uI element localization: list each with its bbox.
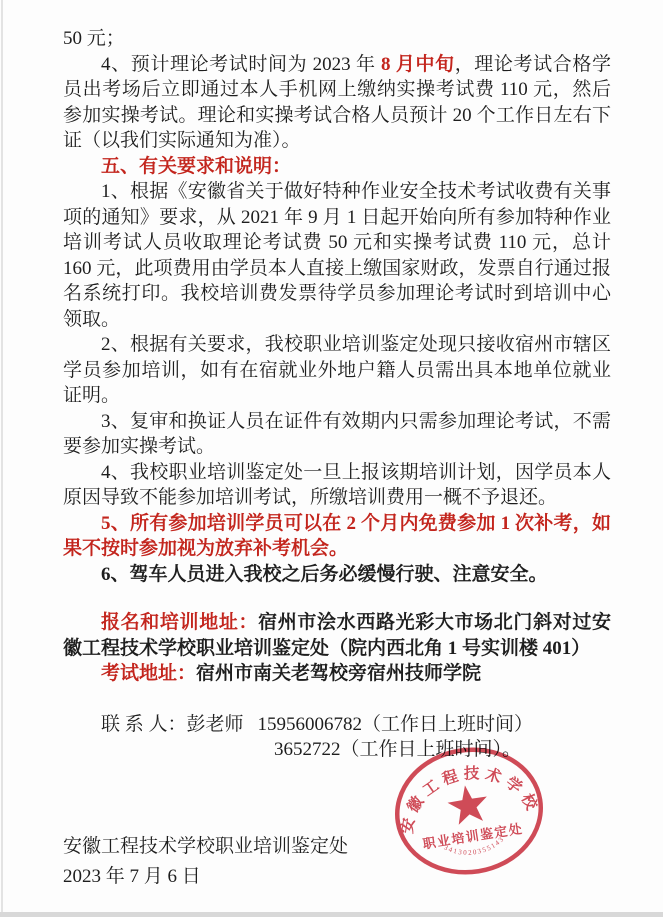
notice-item-6: 6、驾车人员进入我校之后务必缓慢行驶、注意安全。 xyxy=(63,562,611,588)
registration-address: 报名和培训地址：宿州市浍水西路光彩大市场北门斜对过安徽工程技术学校职业培训鉴定处… xyxy=(63,610,611,661)
contact-label: 联 系 人： xyxy=(101,714,187,735)
para-exam-schedule-highlight: 8 月中旬 xyxy=(381,54,455,75)
signature-organization: 安徽工程技术学校职业培训鉴定处 xyxy=(63,832,611,862)
document-body: 50 元； 4、预计理论考试时间为 2023 年 8 月中旬，理论考试合格学员出… xyxy=(63,26,611,892)
contact-phone-2: 3652722（工作日上班时间）。 xyxy=(274,739,521,760)
para-exam-schedule: 4、预计理论考试时间为 2023 年 8 月中旬，理论考试合格学员出考场后立即通… xyxy=(63,52,611,154)
contact-phone-1: 15956006782（工作日上班时间） xyxy=(258,714,534,735)
section-heading: 五、有关要求和说明： xyxy=(63,154,611,180)
signature-date: 2023 年 7 月 6 日 xyxy=(63,862,611,892)
spacer xyxy=(63,763,611,832)
para-exam-schedule-before: 4、预计理论考试时间为 2023 年 xyxy=(101,54,381,75)
contact-line-1: 联 系 人：彭老师15956006782（工作日上班时间） xyxy=(63,712,611,738)
leading-line: 50 元； xyxy=(63,26,611,52)
contact-name: 彭老师 xyxy=(187,714,244,735)
contact-line-2: 3652722（工作日上班时间）。 xyxy=(63,737,611,763)
notice-item-2: 2、根据有关要求，我校职业培训鉴定处现只接收宿州市辖区学员参加培训，如有在宿就业… xyxy=(63,332,611,409)
notice-item-1: 1、根据《安徽省关于做好特种作业安全技术考试收费有关事项的通知》要求，从 202… xyxy=(63,179,611,332)
registration-address-label: 报名和培训地址： xyxy=(101,612,258,633)
spacer xyxy=(63,687,611,712)
scan-edge-bottom xyxy=(0,912,663,917)
notice-item-3: 3、复审和换证人员在证件有效期内只需参加理论考试，不需要参加实操考试。 xyxy=(63,409,611,460)
exam-address-value: 宿州市南关老驾校旁宿州技师学院 xyxy=(196,663,481,684)
exam-address-label: 考试地址： xyxy=(101,663,196,684)
spacer xyxy=(63,587,611,610)
exam-address: 考试地址：宿州市南关老驾校旁宿州技师学院 xyxy=(63,661,611,687)
notice-item-5: 5、所有参加培训学员可以在 2 个月内免费参加 1 次补考，如果不按时参加视为放… xyxy=(63,511,611,562)
scan-edge-left xyxy=(1,0,3,917)
notice-item-4: 4、我校职业培训鉴定处一旦上报该期培训计划，因学员本人原因导致不能参加培训考试，… xyxy=(63,460,611,511)
scanned-notice-page: 50 元； 4、预计理论考试时间为 2023 年 8 月中旬，理论考试合格学员出… xyxy=(0,0,663,917)
